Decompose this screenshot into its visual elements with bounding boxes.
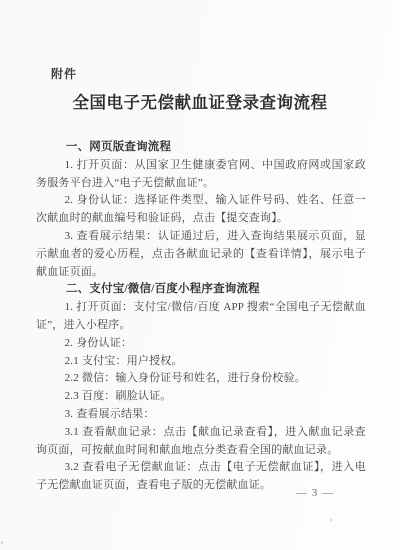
document-title: 全国电子无偿献血证登录查询流程 <box>0 89 400 113</box>
section-1-paragraph-3: 3. 查看展示结果：认证通过后，进入查询结果展示页面，显示献血者的爱心历程，点击… <box>36 228 366 281</box>
section-2-heading: 二、支付宝/微信/百度小程序查询流程 <box>36 281 366 299</box>
section-2-paragraph-3: 2.1 支付宝：用户授权。 <box>36 353 366 371</box>
section-1-paragraph-2: 2. 身份认证：选择证件类型、输入证件号码、姓名、任意一次献血时的献血编号和验证… <box>36 192 366 228</box>
page-number: — 3 — <box>296 487 334 499</box>
scan-speck <box>300 96 301 102</box>
attachment-label: 附件 <box>51 65 77 82</box>
scan-speck <box>1 541 3 544</box>
section-2-paragraph-6: 3. 查看展示结果： <box>36 406 366 424</box>
section-2-paragraph-7: 3.1 查看献血记录：点击【献血记录查看】，进入献血记录查询页面，可按献血时间和… <box>36 424 366 460</box>
section-1-paragraph-1: 1. 打开页面：从国家卫生健康委官网、中国政府网或国家政务服务平台进入“电子无偿… <box>36 157 366 193</box>
section-2-paragraph-4: 2.2 微信：输入身份证号和姓名，进行身份校验。 <box>36 370 366 388</box>
scanned-document-page: 附件 全国电子无偿献血证登录查询流程 一、网页版查询流程 1. 打开页面：从国家… <box>0 0 400 550</box>
scan-speck <box>330 519 332 521</box>
section-1-heading: 一、网页版查询流程 <box>36 139 366 157</box>
section-2-paragraph-1: 1. 打开页面：支付宝/微信/百度 APP 搜索“全国电子无偿献血证”，进入小程… <box>36 299 366 335</box>
section-2-paragraph-2: 2. 身份认证： <box>36 335 366 353</box>
document-body: 一、网页版查询流程 1. 打开页面：从国家卫生健康委官网、中国政府网或国家政务服… <box>36 139 366 495</box>
section-2-paragraph-5: 2.3 百度：刷脸认证。 <box>36 388 366 406</box>
